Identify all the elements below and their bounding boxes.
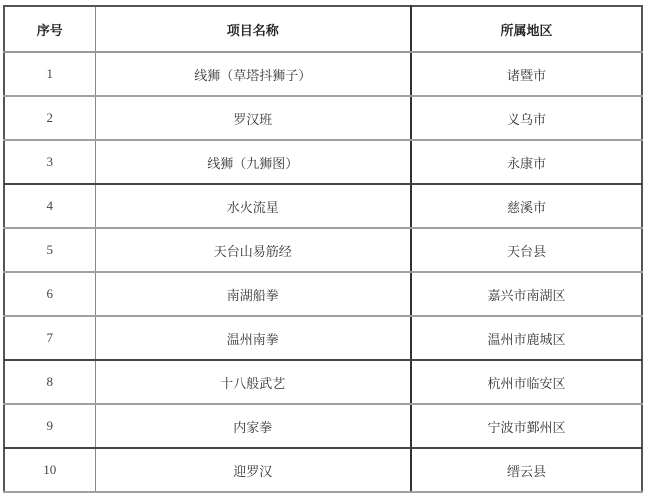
- cell-serial-number: 1: [4, 52, 95, 96]
- table-row: 9 内家拳 宁波市鄞州区: [4, 404, 642, 448]
- cell-serial-number: 8: [4, 360, 95, 404]
- cell-region: 宁波市鄞州区: [411, 404, 642, 448]
- cell-serial-number: 5: [4, 228, 95, 272]
- header-region: 所属地区: [411, 6, 642, 52]
- table-row: 10 迎罗汉 缙云县: [4, 448, 642, 492]
- header-serial-number: 序号: [4, 6, 95, 52]
- cell-project-name: 内家拳: [95, 404, 411, 448]
- cell-project-name: 线狮（草塔抖狮子）: [95, 52, 411, 96]
- cell-serial-number: 10: [4, 448, 95, 492]
- document-page: 序号 项目名称 所属地区 1 线狮（草塔抖狮子） 诸暨市 2 罗汉班 义乌市 3…: [3, 5, 641, 493]
- cell-serial-number: 7: [4, 316, 95, 360]
- cell-serial-number: 4: [4, 184, 95, 228]
- cell-project-name: 迎罗汉: [95, 448, 411, 492]
- cell-project-name: 十八般武艺: [95, 360, 411, 404]
- cell-project-name: 水火流星: [95, 184, 411, 228]
- cell-project-name: 天台山易筋经: [95, 228, 411, 272]
- cell-region: 义乌市: [411, 96, 642, 140]
- cell-region: 永康市: [411, 140, 642, 184]
- cell-region: 缙云县: [411, 448, 642, 492]
- cell-region: 慈溪市: [411, 184, 642, 228]
- cell-project-name: 温州南拳: [95, 316, 411, 360]
- table-row: 5 天台山易筋经 天台县: [4, 228, 642, 272]
- project-table: 序号 项目名称 所属地区 1 线狮（草塔抖狮子） 诸暨市 2 罗汉班 义乌市 3…: [3, 5, 643, 493]
- cell-region: 杭州市临安区: [411, 360, 642, 404]
- table-row: 2 罗汉班 义乌市: [4, 96, 642, 140]
- cell-serial-number: 3: [4, 140, 95, 184]
- cell-region: 诸暨市: [411, 52, 642, 96]
- cell-region: 温州市鹿城区: [411, 316, 642, 360]
- cell-project-name: 南湖船拳: [95, 272, 411, 316]
- table-row: 1 线狮（草塔抖狮子） 诸暨市: [4, 52, 642, 96]
- cell-serial-number: 6: [4, 272, 95, 316]
- table-row: 4 水火流星 慈溪市: [4, 184, 642, 228]
- cell-project-name: 线狮（九狮图）: [95, 140, 411, 184]
- cell-serial-number: 9: [4, 404, 95, 448]
- cell-region: 嘉兴市南湖区: [411, 272, 642, 316]
- header-project-name: 项目名称: [95, 6, 411, 52]
- table-row: 3 线狮（九狮图） 永康市: [4, 140, 642, 184]
- table-row: 8 十八般武艺 杭州市临安区: [4, 360, 642, 404]
- table-row: 7 温州南拳 温州市鹿城区: [4, 316, 642, 360]
- cell-serial-number: 2: [4, 96, 95, 140]
- table-header-row: 序号 项目名称 所属地区: [4, 6, 642, 52]
- table-row: 6 南湖船拳 嘉兴市南湖区: [4, 272, 642, 316]
- cell-project-name: 罗汉班: [95, 96, 411, 140]
- cell-region: 天台县: [411, 228, 642, 272]
